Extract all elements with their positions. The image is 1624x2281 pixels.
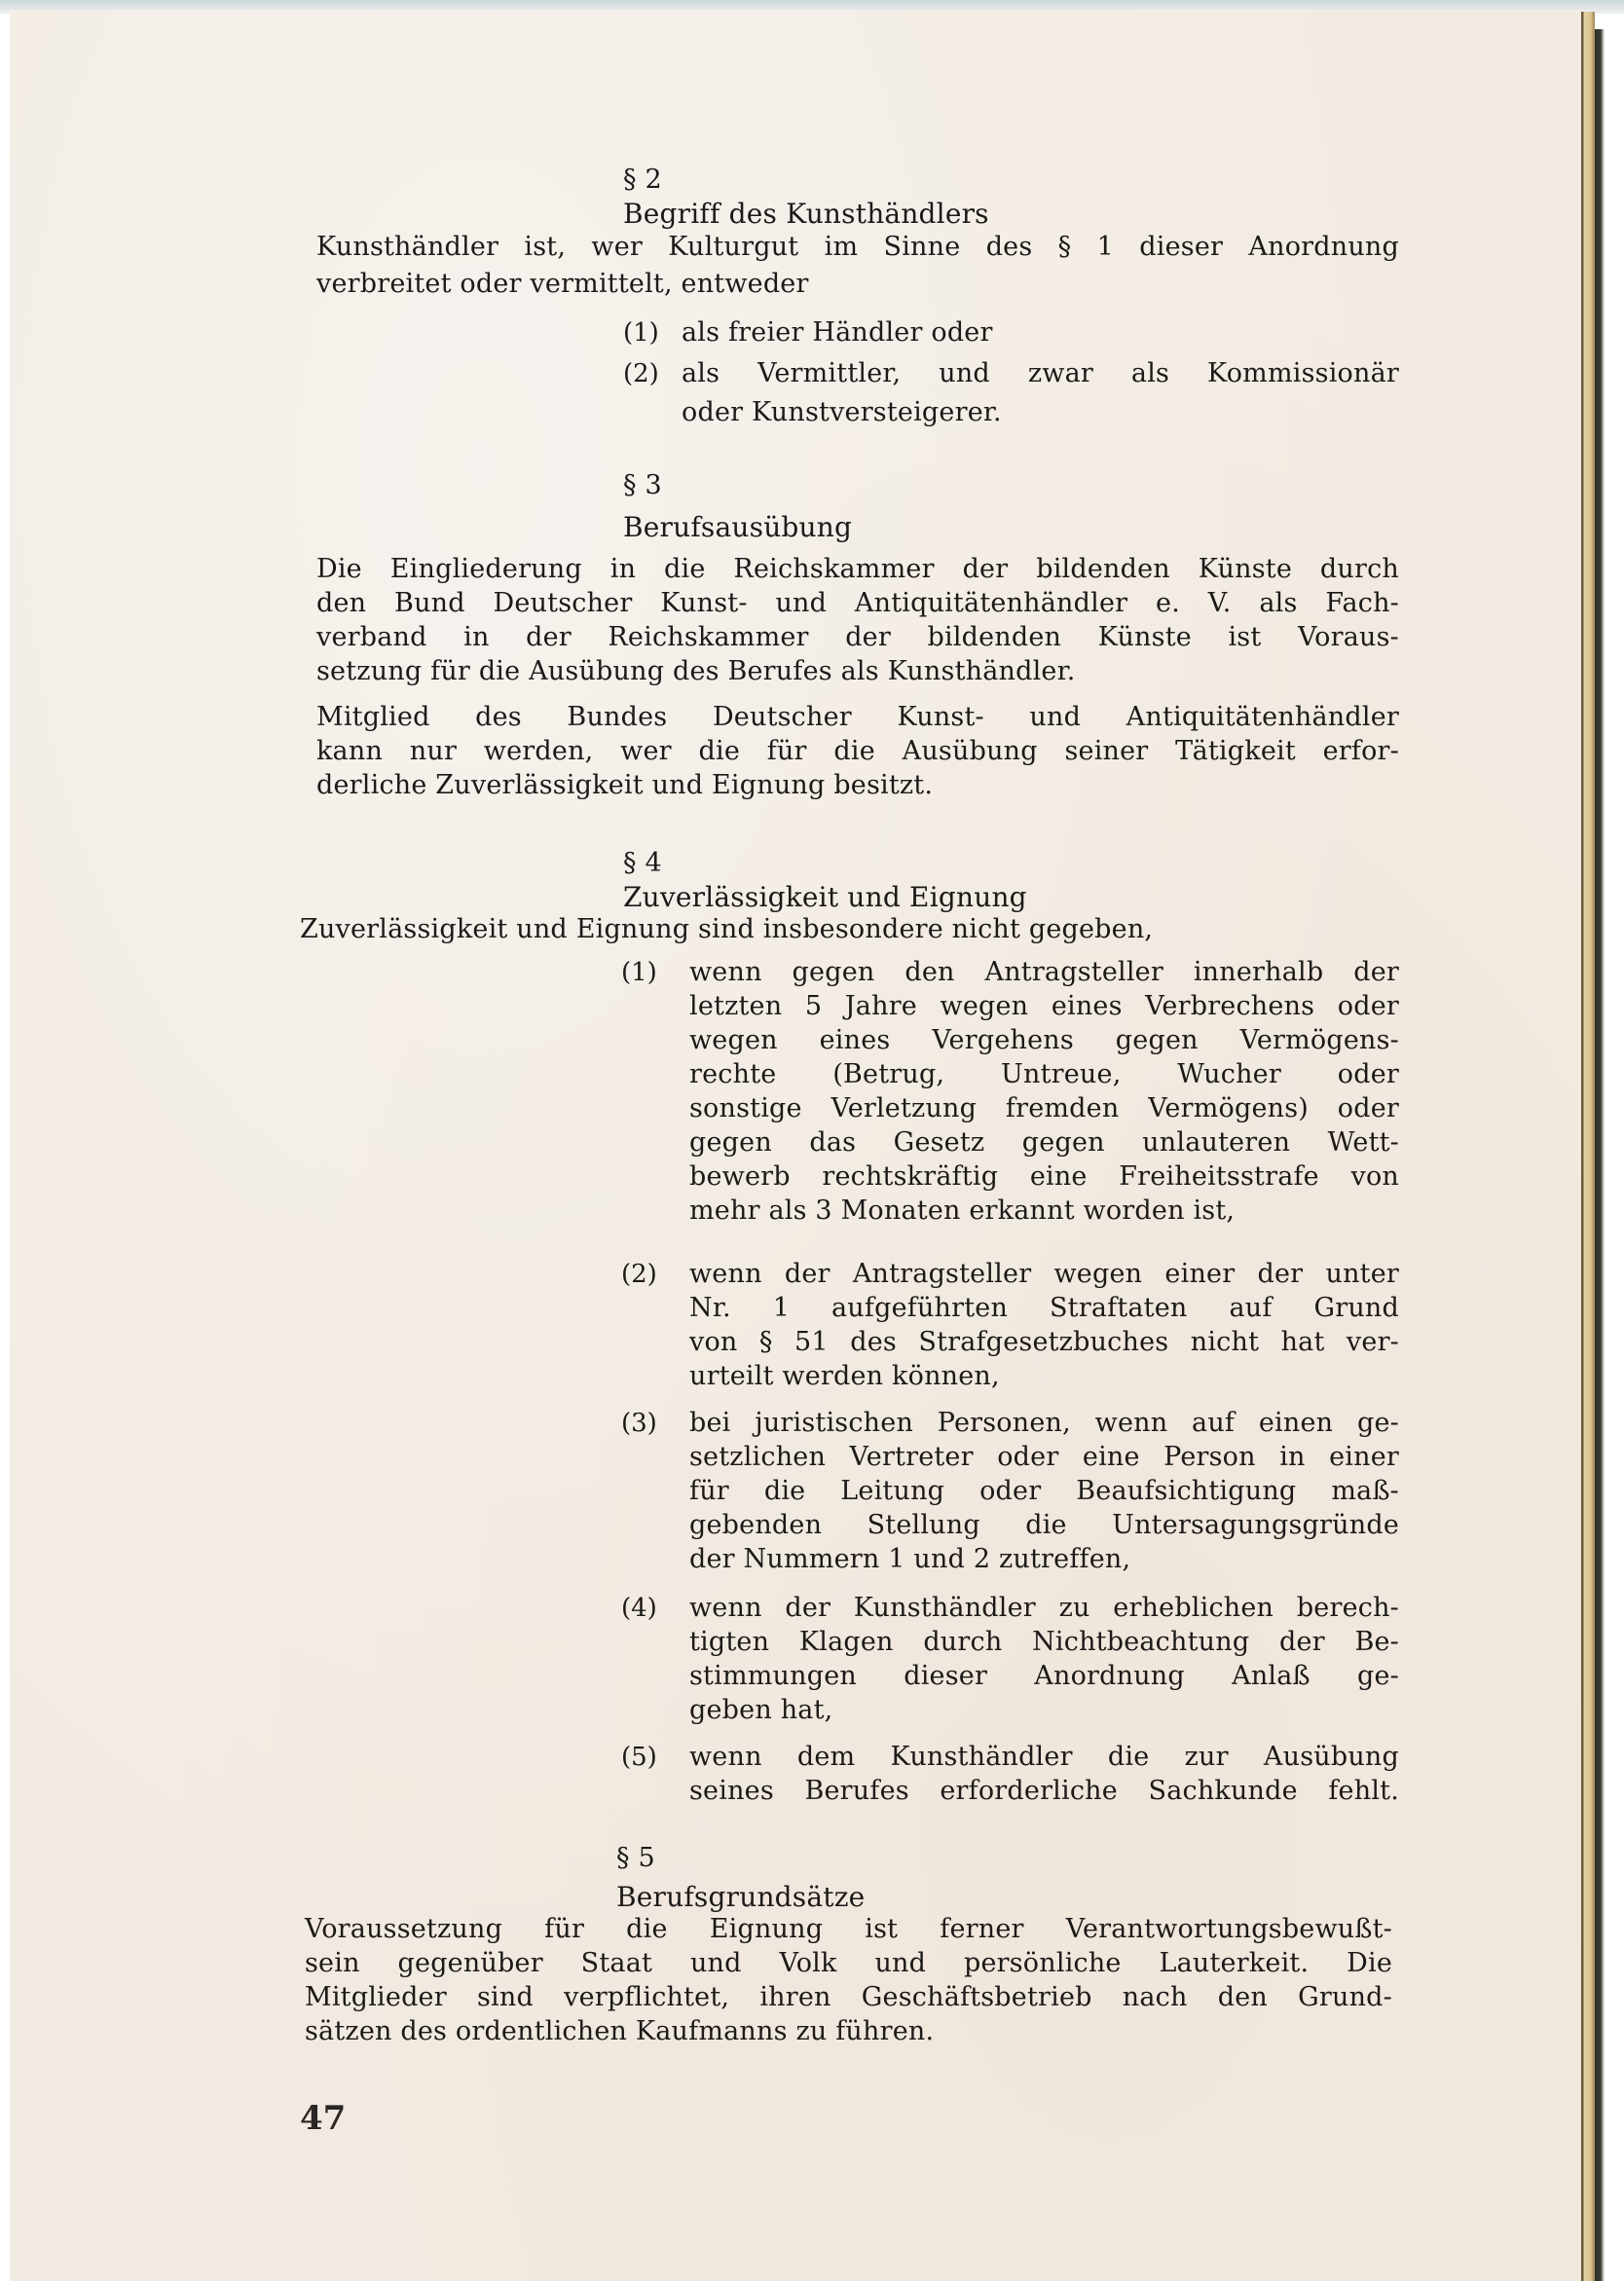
list-item-line: gegen das Gesetz gegen unlauteren Wett- [689,1125,1399,1160]
body-line: Die Eingliederung in die Reichskammer de… [316,552,1399,587]
section-title-4: Zuverlässigkeit und Eignung [623,880,1027,915]
section-number-4: § 4 [623,846,662,881]
body-line: Kunsthändler ist, wer Kulturgut im Sinne… [316,230,1399,265]
list-item-line: bewerb rechtskräftig eine Freiheitsstraf… [689,1159,1399,1195]
body-line: sätzen des ordentlichen Kaufmanns zu füh… [305,2014,934,2049]
list-item-line: wenn der Antragsteller wegen einer der u… [689,1257,1399,1292]
section-number-3: § 3 [623,468,662,503]
list-item-line: wenn der Kunsthändler zu erheblichen ber… [689,1591,1399,1626]
page-edge-shadow [1595,29,1605,2281]
list-item-line: letzten 5 Jahre wegen eines Verbrechens … [689,989,1399,1024]
page-number: 47 [300,2099,346,2138]
section-number-5: § 5 [616,1841,655,1876]
body-line: den Bund Deutscher Kunst- und Antiquität… [316,586,1399,621]
list-item-line: rechte (Betrug, Untreue, Wucher oder [689,1057,1399,1092]
list-item-line: wenn gegen den Antragsteller innerhalb d… [689,955,1399,990]
section-title-5: Berufsgrundsätze [616,1880,865,1915]
list-item-line: wegen eines Vergehens gegen Vermögens- [689,1023,1399,1058]
list-marker: (2) [621,1257,657,1292]
body-line: Zuverlässigkeit und Eignung sind insbeso… [300,912,1153,947]
body-line: kann nur werden, wer die für die Ausübun… [316,734,1399,769]
body-line: sein gegenüber Staat und Volk und persön… [305,1946,1392,1981]
list-marker: (4) [621,1591,657,1626]
body-line: verbreitet oder vermittelt, entweder [316,267,809,302]
list-marker: (2) [623,356,659,391]
body-line: Mitglied des Bundes Deutscher Kunst- und… [316,700,1399,735]
list-item-line: geben hat, [689,1693,832,1728]
list-item-line: als Vermittler, und zwar als Kommissionä… [682,356,1399,391]
list-marker: (1) [623,315,659,350]
list-item-line: bei juristischen Personen, wenn auf eine… [689,1406,1399,1441]
body-line: setzung für die Ausübung des Berufes als… [316,654,1076,689]
body-line: verband in der Reichskammer der bildende… [316,620,1399,655]
list-item-line: stimmungen dieser Anordnung Anlaß ge- [689,1659,1399,1694]
list-item-line: setzlichen Vertreter oder eine Person in… [689,1440,1399,1475]
section-title-3: Berufsausübung [623,510,852,545]
list-marker: (3) [621,1406,657,1441]
list-item-line: als freier Händler oder [682,315,993,350]
section-number-2: § 2 [623,163,662,198]
list-item-line: der Nummern 1 und 2 zutreffen, [689,1542,1130,1577]
list-item-line: von § 51 des Strafgesetzbuches nicht hat… [689,1325,1399,1360]
list-item-line: mehr als 3 Monaten erkannt worden ist, [689,1194,1235,1229]
list-item-line: oder Kunstversteigerer. [682,395,1002,430]
section-title-2: Begriff des Kunsthändlers [623,197,989,232]
list-item-line: wenn dem Kunsthändler die zur Ausübung [689,1740,1399,1775]
list-marker: (1) [621,955,657,990]
list-item-line: urteilt werden können, [689,1359,1000,1394]
list-marker: (5) [621,1740,657,1775]
list-item-line: sonstige Verletzung fremden Vermögens) o… [689,1091,1399,1126]
page-edge-gilt [1581,12,1595,2281]
body-line: Voraussetzung für die Eignung ist ferner… [305,1912,1392,1947]
list-item-line: gebenden Stellung die Untersagungsgründe [689,1508,1399,1543]
body-line: derliche Zuverlässigkeit und Eignung bes… [316,768,933,803]
list-item-line: Nr. 1 aufgeführten Straftaten auf Grund [689,1291,1399,1326]
list-item-line: für die Leitung oder Beaufsichtigung maß… [689,1474,1399,1509]
body-line: Mitglieder sind verpflichtet, ihren Gesc… [305,1980,1392,2015]
list-item-line: tigten Klagen durch Nichtbeachtung der B… [689,1625,1399,1660]
list-item-line: seines Berufes erforderliche Sachkunde f… [689,1774,1399,1809]
